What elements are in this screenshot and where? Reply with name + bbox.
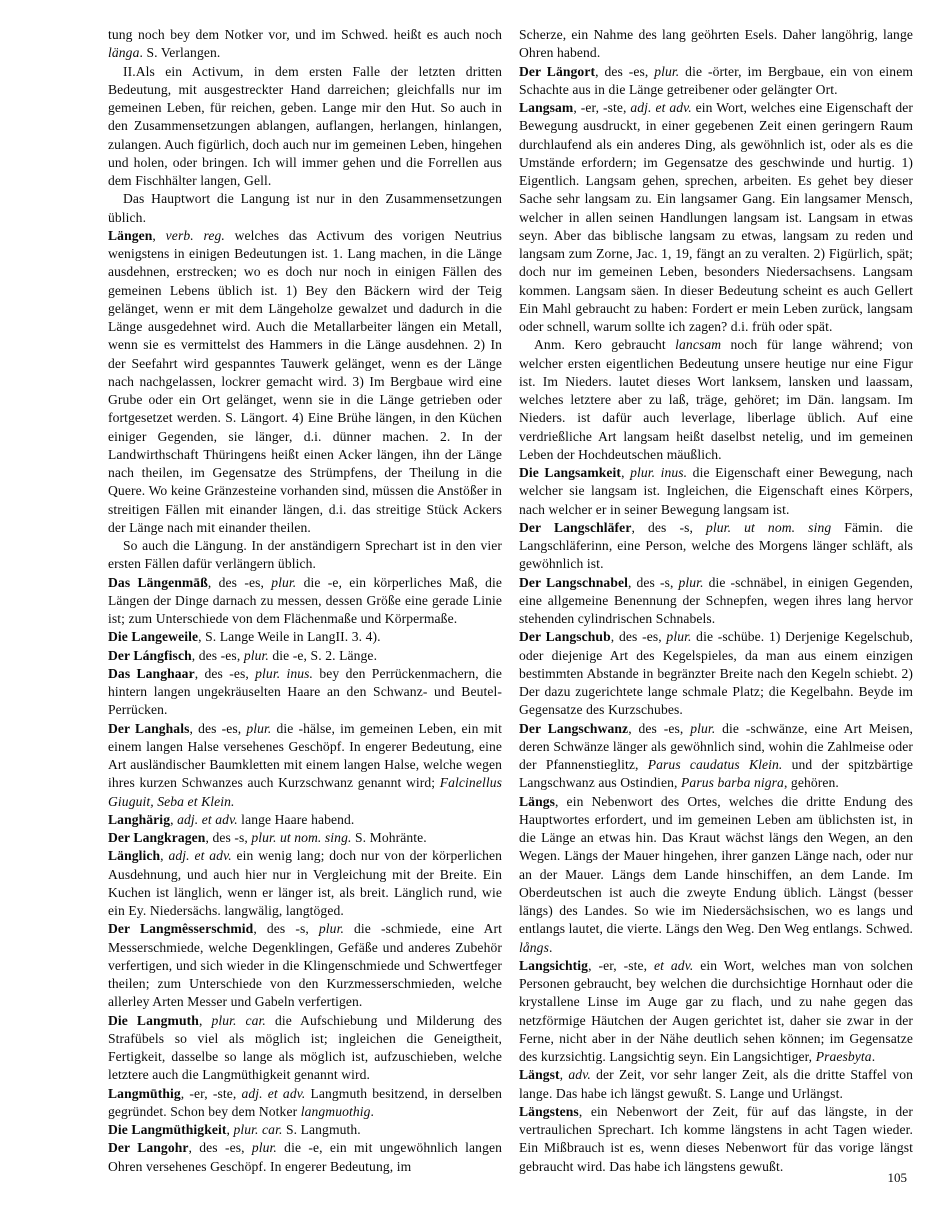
headword: Der Langohr (108, 1140, 189, 1155)
dictionary-entry: Der Langschwanz, des -es, plur. die -sch… (519, 720, 913, 793)
dictionary-entry: Die Langeweile, S. Lange Weile in LangII… (108, 628, 502, 646)
text-run: , -er, -ste, (588, 958, 654, 973)
italic-run: plur. car. (211, 1013, 265, 1028)
dictionary-entry: Der Langmêsserschmid, des -s, plur. die … (108, 920, 502, 1011)
italic-run: plur. (252, 1140, 277, 1155)
headword: Das Längenmāß (108, 575, 208, 590)
dictionary-entry: Der Langohr, des -es, plur. die -e, ein … (108, 1139, 502, 1176)
dictionary-entry: Langsichtig, -er, -ste, et adv. ein Wort… (519, 957, 913, 1067)
text-run: , des -s, (205, 830, 251, 845)
italic-run: et adv. (654, 958, 693, 973)
italic-run: plur. (246, 721, 271, 736)
text-run: , gehören. (784, 775, 839, 790)
headword: Der Langschwanz (519, 721, 628, 736)
text-run: , (227, 1122, 234, 1137)
headword: Längstens (519, 1104, 579, 1119)
headword: Die Langmuth (108, 1013, 199, 1028)
italic-run: adj. et adv. (630, 100, 691, 115)
paragraph: So auch die Längung. In der anständigern… (108, 537, 502, 574)
italic-run: adj. et adv. (242, 1086, 306, 1101)
italic-run: adj. et adv. (168, 848, 231, 863)
text-run: noch für lange während; von welcher erst… (519, 337, 913, 462)
italic-run: plur. ut nom. sing. (251, 830, 351, 845)
italic-run: plur. (654, 64, 679, 79)
dictionary-entry: Der Langschnabel, des -s, plur. die -sch… (519, 574, 913, 629)
text-run: lange Haare habend. (238, 812, 355, 827)
dictionary-page: tung noch bey dem Notker vor, und im Sch… (0, 0, 935, 1210)
text-run: , des -es, (189, 721, 246, 736)
dictionary-entry: Das Längenmāß, des -es, plur. die -e, ei… (108, 574, 502, 629)
text-run: So auch die Längung. In der anständigern… (108, 538, 502, 571)
text-run: die -e, S. 2. Länge. (269, 648, 377, 663)
text-run: , des -s, (253, 921, 319, 936)
text-run: , -er, -ste, (573, 100, 630, 115)
text-run: S. Langmuth. (282, 1122, 360, 1137)
text-run: Das Hauptwort die Langung ist nur in den… (108, 191, 502, 224)
text-run: , des -es, (628, 721, 690, 736)
dictionary-entry: Der Langkragen, des -s, plur. ut nom. si… (108, 829, 502, 847)
dictionary-entry: Längs, ein Nebenwort des Ortes, welches … (519, 793, 913, 957)
headword: Langsam (519, 100, 573, 115)
dictionary-entry: Länglich, adj. et adv. ein wenig lang; d… (108, 847, 502, 920)
italic-run: plur. (666, 629, 691, 644)
paragraph: Anm. Kero gebraucht lancsam noch für lan… (519, 336, 913, 464)
headword: Langsichtig (519, 958, 588, 973)
italic-run: plur. (271, 575, 296, 590)
headword: Längs (519, 794, 555, 809)
paragraph: Das Hauptwort die Langung ist nur in den… (108, 190, 502, 227)
headword: Längst (519, 1067, 560, 1082)
dictionary-entry: Der Langhals, des -es, plur. die -hälse,… (108, 720, 502, 811)
text-run: S. Mohränte. (351, 830, 426, 845)
headword: Langmūthig (108, 1086, 181, 1101)
text-run: , des -es, (208, 575, 271, 590)
italic-run: Parus barba nigra (681, 775, 784, 790)
dictionary-entry: Langsam, -er, -ste, adj. et adv. ein Wor… (519, 99, 913, 336)
italic-run: plur. (319, 921, 344, 936)
text-run: , ein Nebenwort der Zeit, für auf das lä… (519, 1104, 913, 1174)
italic-run: verb. reg. (166, 228, 225, 243)
headword: Langhärig (108, 812, 170, 827)
dictionary-entry: Längstens, ein Nebenwort der Zeit, für a… (519, 1103, 913, 1176)
text-run: . (872, 1049, 876, 1064)
dictionary-entry: Längst, adv. der Zeit, vor sehr langer Z… (519, 1066, 913, 1103)
text-run: , S. Lange Weile in LangII. 3. 4). (198, 629, 381, 644)
text-run: , des -es, (192, 648, 244, 663)
paragraph: tung noch bey dem Notker vor, und im Sch… (108, 26, 502, 63)
text-run: , -er, -ste, (181, 1086, 242, 1101)
text-run: ein Wort, welches eine Eigenschaft der B… (519, 100, 913, 334)
italic-run: plur. car. (234, 1122, 283, 1137)
headword: Längen (108, 228, 152, 243)
text-run: , des -s, (628, 575, 679, 590)
headword: Der Lángfisch (108, 648, 192, 663)
text-run: II.Als ein Activum, in dem ersten Falle … (108, 64, 502, 189)
dictionary-entry: Die Langmuth, plur. car. die Aufschiebun… (108, 1012, 502, 1085)
headword: Die Langeweile (108, 629, 198, 644)
text-run: , des -es, (195, 666, 255, 681)
text-run: Scherze, ein Nahme des lang geöhrten Ese… (519, 27, 913, 60)
text-run: Anm. Kero gebraucht (534, 337, 675, 352)
italic-run: länga (108, 45, 139, 60)
dictionary-entry: Der Längort, des -es, plur. die -örter, … (519, 63, 913, 100)
text-run: , des -es, (595, 64, 654, 79)
italic-run: plur. (679, 575, 704, 590)
headword: Länglich (108, 848, 160, 863)
paragraph: II.Als ein Activum, in dem ersten Falle … (108, 63, 502, 191)
page-number: 105 (519, 1170, 907, 1186)
dictionary-entry: Der Langschläfer, des -s, plur. ut nom. … (519, 519, 913, 574)
text-column-left: tung noch bey dem Notker vor, und im Sch… (108, 26, 502, 1176)
dictionary-entry: Der Langschub, des -es, plur. die -schüb… (519, 628, 913, 719)
headword: Das Langhaar (108, 666, 195, 681)
text-run: , (152, 228, 165, 243)
italic-run: langmuothig (301, 1104, 371, 1119)
headword: Die Langmüthigkeit (108, 1122, 227, 1137)
text-column-right: Scherze, ein Nahme des lang geöhrten Ese… (519, 26, 913, 1176)
dictionary-entry: Längen, verb. reg. welches das Activum d… (108, 227, 502, 537)
headword: Der Langschnabel (519, 575, 628, 590)
text-run: , des -es, (189, 1140, 252, 1155)
dictionary-entry: Langmūthig, -er, -ste, adj. et adv. Lang… (108, 1085, 502, 1122)
headword: Der Langschub (519, 629, 611, 644)
text-run: . (371, 1104, 375, 1119)
text-run: , (621, 465, 630, 480)
text-run: . S. Verlangen. (139, 45, 220, 60)
dictionary-entry: Die Langmüthigkeit, plur. car. S. Langmu… (108, 1121, 502, 1139)
text-run: , des -es, (611, 629, 667, 644)
italic-run: adj. et adv. (177, 812, 238, 827)
headword: Die Langsamkeit (519, 465, 621, 480)
headword: Der Langschläfer (519, 520, 631, 535)
dictionary-entry: Das Langhaar, des -es, plur. inus. bey d… (108, 665, 502, 720)
italic-run: plur. inus. (255, 666, 313, 681)
headword: Der Langhals (108, 721, 189, 736)
italic-run: plur. inus. (630, 465, 687, 480)
italic-run: adv. (568, 1067, 590, 1082)
dictionary-entry: Langhärig, adj. et adv. lange Haare habe… (108, 811, 502, 829)
paragraph: Scherze, ein Nahme des lang geöhrten Ese… (519, 26, 913, 63)
text-run: , (199, 1013, 212, 1028)
text-run: tung noch bey dem Notker vor, und im Sch… (108, 27, 502, 42)
dictionary-entry: Der Lángfisch, des -es, plur. die -e, S.… (108, 647, 502, 665)
italic-run: plur. ut nom. sing (706, 520, 831, 535)
text-run: welches das Activum des vorigen Neutrius… (108, 228, 502, 535)
headword: Der Langmêsserschmid (108, 921, 253, 936)
italic-run: Parus caudatus Klein. (648, 757, 783, 772)
headword: Der Langkragen (108, 830, 205, 845)
italic-run: plur. (690, 721, 715, 736)
headword: Der Längort (519, 64, 595, 79)
italic-run: plur. (244, 648, 269, 663)
italic-run: långs (519, 940, 549, 955)
italic-run: Praesbyta (816, 1049, 872, 1064)
text-run: , des -s, (631, 520, 706, 535)
text-run: . (549, 940, 553, 955)
italic-run: lancsam (675, 337, 721, 352)
dictionary-entry: Die Langsamkeit, plur. inus. die Eigensc… (519, 464, 913, 519)
text-run: , ein Nebenwort des Ortes, welches die d… (519, 794, 913, 937)
